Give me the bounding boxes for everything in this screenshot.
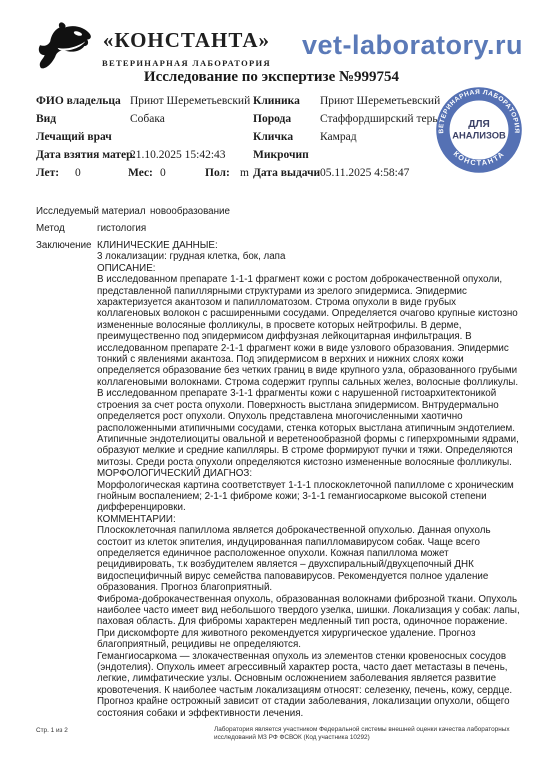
owner-value: Приют Шереметьевский xyxy=(130,95,250,107)
stamp-center-line2: АНАЛИЗОВ xyxy=(452,131,506,141)
material-value: новообразование xyxy=(150,206,522,217)
clinic-label: Клиника xyxy=(253,95,300,107)
species-value: Собака xyxy=(130,113,165,125)
microchip-label: Микрочип xyxy=(253,149,309,161)
conclusion-text: КЛИНИЧЕСКИЕ ДАННЫЕ: 3 локализации: грудн… xyxy=(97,240,521,719)
species-label: Вид xyxy=(36,113,56,125)
sex-label: Пол: xyxy=(205,167,230,179)
footer-accreditation-note: Лаборатория является участником Федераль… xyxy=(214,726,514,743)
breed-value: Стаффордширский терьер xyxy=(320,113,448,125)
stamp-center-line1: ДЛЯ xyxy=(468,119,490,130)
method-row: Метод гистология xyxy=(36,223,522,234)
years-label: Лет: xyxy=(36,167,59,179)
issue-date-value: 05.11.2025 4:58:47 xyxy=(320,167,409,179)
brand-subtitle: ВЕТЕРИНАРНАЯ ЛАБОРАТОРИЯ xyxy=(102,58,271,68)
method-label: Метод xyxy=(36,223,97,234)
page-number: Стр. 1 из 2 xyxy=(36,727,68,734)
website-link: vet-laboratory.ru xyxy=(302,30,523,61)
conclusion-label: Заключение xyxy=(36,240,97,719)
clinic-value: Приют Шереметьевский xyxy=(320,95,440,107)
months-value: 0 xyxy=(160,167,166,179)
material-label: Исследуемый материал xyxy=(36,206,150,217)
orca-logo-icon xyxy=(34,22,96,70)
lab-logo: «КОНСТАНТА» ВЕТЕРИНАРНАЯ ЛАБОРАТОРИЯ xyxy=(34,22,271,70)
vet-label: Лечащий врач xyxy=(36,131,112,143)
for-analysis-stamp: ВЕТЕРИНАРНАЯ ЛАБОРАТОРИЯ КОНСТАНТА ДЛЯ А… xyxy=(433,84,525,176)
conclusion-row: Заключение КЛИНИЧЕСКИЕ ДАННЫЕ: 3 локализ… xyxy=(36,240,522,719)
sample-date-label: Дата взятия матер. xyxy=(36,149,135,161)
method-value: гистология xyxy=(97,223,522,234)
nickname-value: Камрад xyxy=(320,131,357,143)
owner-label: ФИО владельца xyxy=(36,95,121,107)
months-label: Мес: xyxy=(128,167,153,179)
brand-block: «КОНСТАНТА» ВЕТЕРИНАРНАЯ ЛАБОРАТОРИЯ xyxy=(102,22,271,68)
brand-name: «КОНСТАНТА» xyxy=(102,28,271,53)
breed-label: Порода xyxy=(253,113,291,125)
years-value: 0 xyxy=(75,167,81,179)
nickname-label: Кличка xyxy=(253,131,293,143)
results-section: Исследуемый материал новообразование Мет… xyxy=(36,206,522,725)
issue-date-label: Дата выдачи xyxy=(253,167,320,179)
material-row: Исследуемый материал новообразование xyxy=(36,206,522,217)
sex-value: m xyxy=(240,167,249,179)
sample-date-value: 21.10.2025 15:42:43 xyxy=(130,149,226,161)
lab-report-page: «КОНСТАНТА» ВЕТЕРИНАРНАЯ ЛАБОРАТОРИЯ vet… xyxy=(0,0,543,768)
